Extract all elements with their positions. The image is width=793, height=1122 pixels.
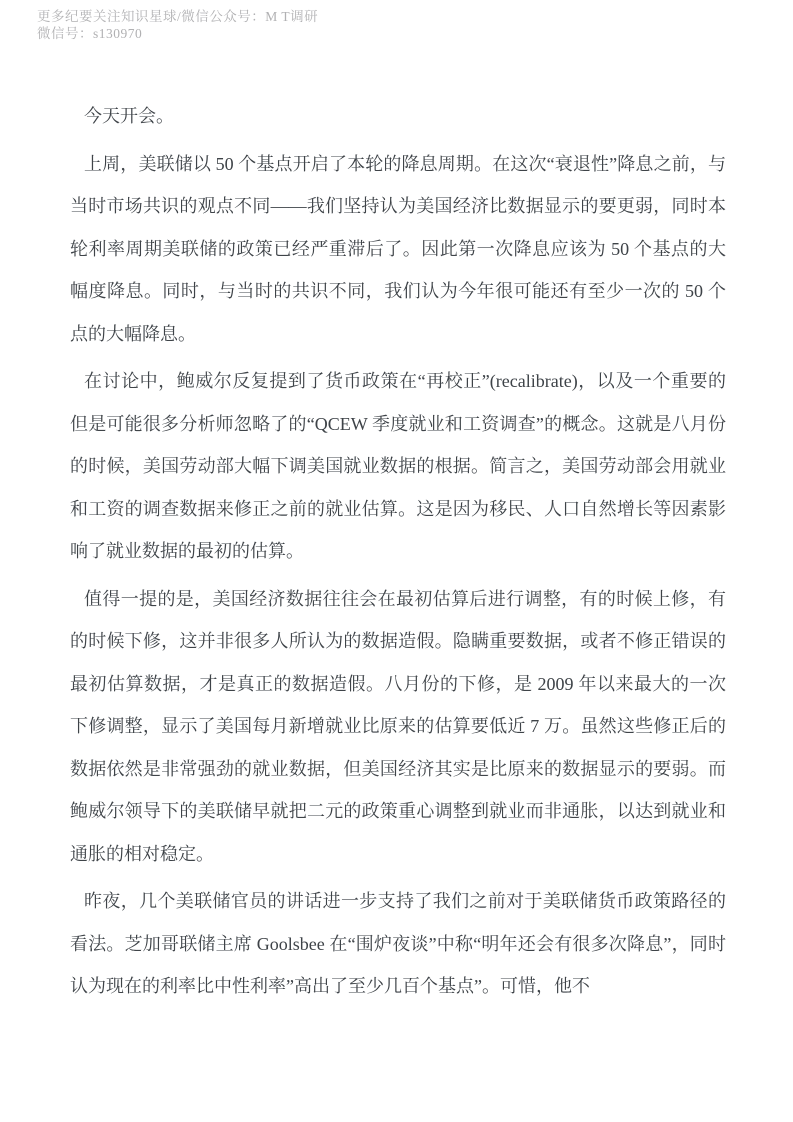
- paragraph: 上周，美联储以 50 个基点开启了本轮的降息周期。在这次“衰退性”降息之前，与当…: [70, 143, 726, 356]
- watermark-line2: 微信号：s130970: [37, 26, 318, 43]
- watermark-line1: 更多纪要关注知识星球/微信公众号：M T调研: [37, 9, 318, 26]
- paragraph: 昨夜，几个美联储官员的讲话进一步支持了我们之前对于美联储货币政策路径的看法。芝加…: [70, 880, 726, 1008]
- article-body: 今天开会。 上周，美联储以 50 个基点开启了本轮的降息周期。在这次“衰退性”降…: [70, 95, 726, 1013]
- document-page: 更多纪要关注知识星球/微信公众号：M T调研 微信号：s130970 今天开会。…: [0, 0, 793, 1122]
- paragraph: 今天开会。: [70, 95, 726, 138]
- paragraph: 在讨论中，鲍威尔反复提到了货币政策在“再校正”(recalibrate)，以及一…: [70, 360, 726, 573]
- paragraph: 值得一提的是，美国经济数据往往会在最初估算后进行调整，有的时候上修，有的时候下修…: [70, 578, 726, 876]
- watermark: 更多纪要关注知识星球/微信公众号：M T调研 微信号：s130970: [37, 9, 318, 42]
